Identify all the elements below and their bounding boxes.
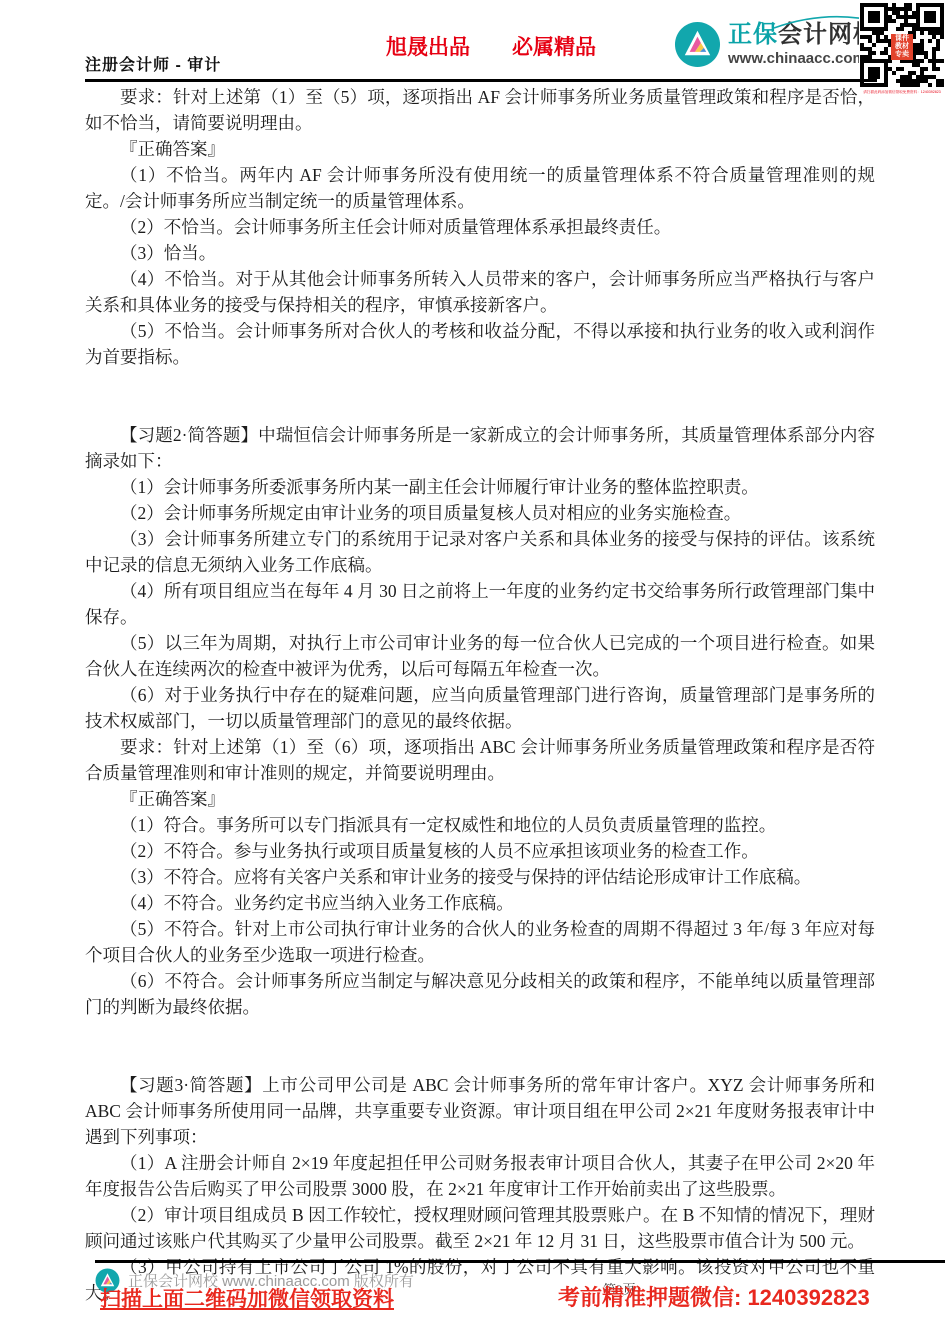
answer-item: （3）恰当。: [85, 240, 875, 266]
correct-answer-label: 『正确答案』: [85, 786, 875, 812]
answer-item: （2）不恰当。会计师事务所主任会计师对质量管理体系承担最终责任。: [85, 214, 875, 240]
header-tagline: 旭晟出品 必属精品: [386, 31, 596, 61]
footer-wechat-tip: 考前精准押题微信: 1240392823: [558, 1281, 870, 1312]
answer-item: （4）不恰当。对于从其他会计师事务所转入人员带来的客户，会计师事务所应当严格执行…: [85, 266, 875, 318]
exercise-3-item: （1）A 注册会计师自 2×19 年度起担任甲公司财务报表审计项目合伙人，其妻子…: [85, 1150, 875, 1202]
brand-logo: 正保会计网校 www.chinaacc.com: [674, 21, 878, 68]
answer-item: （1）不恰当。两年内 AF 会计师事务所没有使用统一的质量管理体系不符合质量管理…: [85, 162, 875, 214]
exercise-2-item: （2）会计师事务所规定由审计业务的项目质量复核人员对相应的业务实施检查。: [85, 500, 875, 526]
brand-text: 正保会计网校 www.chinaacc.com: [728, 23, 878, 66]
exercise-2-answer-item: （1）符合。事务所可以专门指派具有一定权威性和地位的人员负责质量管理的监控。: [85, 812, 875, 838]
footer-divider: [95, 1260, 945, 1263]
exercise-2-heading: 【习题2·简答题】中瑞恒信会计师事务所是一家新成立的会计师事务所，其质量管理体系…: [85, 422, 875, 474]
footer-scan-tip: 扫描上面二维码加微信领取资料: [100, 1283, 394, 1313]
brand-name-primary: 正保: [728, 21, 778, 48]
exercise-2-answer-item: （5）不符合。针对上市公司执行审计业务的合伙人的业务检查的周期不得超过 3 年/…: [85, 916, 875, 968]
exercise-2-answer-item: （3）不符合。应将有关客户关系和审计业务的接受与保持的评估结论形成审计工作底稿。: [85, 864, 875, 890]
answer-item: （5）不恰当。会计师事务所对合伙人的考核和收益分配，不得以承接和执行业务的收入或…: [85, 318, 875, 370]
document-page: 旭晟出品 必属精品 正保会计网校 www.chinaacc.com 课件教材专卖…: [0, 0, 950, 1344]
exercise-2-answer-item: （4）不符合。业务约定书应当纳入业务工作底稿。: [85, 890, 875, 916]
page-title: 注册会计师 - 审计: [85, 52, 221, 75]
brand-logo-icon: [674, 21, 721, 68]
exercise-2-item: （1）会计师事务所委派事务所内某一副主任会计师履行审计业务的整体监控职责。: [85, 474, 875, 500]
exercise-2-item: （6）对于业务执行中存在的疑难问题，应当向质量管理部门进行咨询，质量管理部门是事…: [85, 682, 875, 734]
correct-answer-label: 『正确答案』: [85, 136, 875, 162]
requirement-paragraph: 要求：针对上述第（1）至（5）项，逐项指出 AF 会计师事务所业务质量管理政策和…: [85, 84, 875, 136]
brand-url: www.chinaacc.com: [728, 51, 878, 66]
exercise-2-item: （5）以三年为周期，对执行上市公司审计业务的每一位合伙人已完成的一个项目进行检查…: [85, 630, 875, 682]
header-divider: [85, 79, 877, 82]
exercise-3-heading: 【习题3·简答题】上市公司甲公司是 ABC 会计师事务所的常年审计客户。XYZ …: [85, 1072, 875, 1150]
exercise-2-item: （3）会计师事务所建立专门的系统用于记录对客户关系和具体业务的接受与保持的评估。…: [85, 526, 875, 578]
qr-center-label: 课件教材专卖: [891, 34, 913, 60]
document-body: 要求：针对上述第（1）至（5）项，逐项指出 AF 会计师事务所业务质量管理政策和…: [85, 84, 875, 1306]
exercise-2-requirement: 要求：针对上述第（1）至（6）项，逐项指出 ABC 会计师事务所业务质量管理政策…: [85, 734, 875, 786]
tagline-quality: 必属精品: [512, 31, 596, 61]
exercise-3-item: （2）审计项目组成员 B 因工作较忙，授权理财顾问管理其股票账户。在 B 不知情…: [85, 1202, 875, 1254]
exercise-2-item: （4）所有项目组应当在每年 4 月 30 日之前将上一年度的业务约定书交给事务所…: [85, 578, 875, 630]
exercise-2-answer-item: （2）不符合。参与业务执行或项目质量复核的人员不应承担该项业务的检查工作。: [85, 838, 875, 864]
exercise-2-answer-item: （6）不符合。会计师事务所应当制定与解决意见分歧相关的政策和程序，不能单纯以质量…: [85, 968, 875, 1020]
tagline-publisher: 旭晟出品: [386, 31, 470, 61]
